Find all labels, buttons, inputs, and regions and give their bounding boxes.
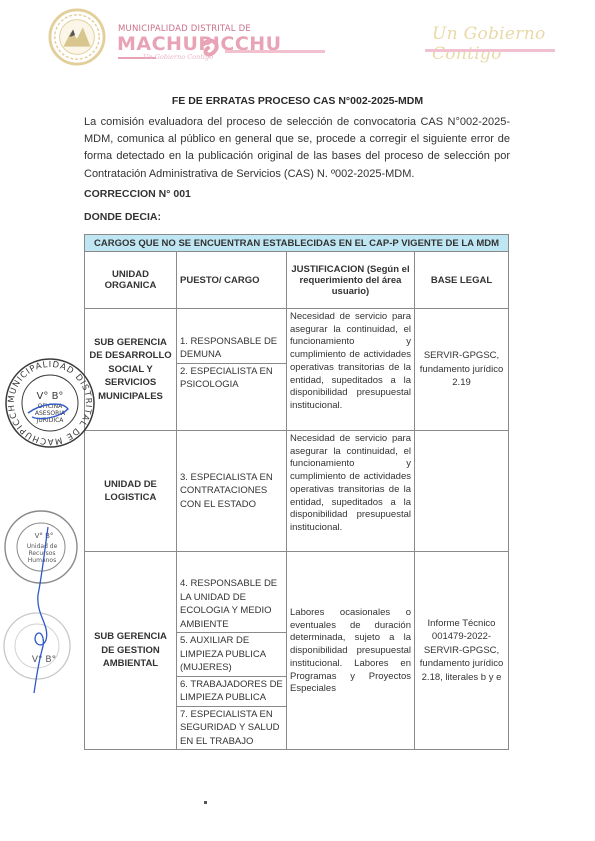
position-item: 6. TRABAJADORES DE LIMPIEZA PUBLICA bbox=[177, 676, 286, 706]
document-title: FE DE ERRATAS PROCESO CAS N°002-2025-MDM bbox=[0, 95, 595, 107]
page-mark bbox=[204, 801, 207, 804]
municipal-seal-icon bbox=[48, 8, 106, 66]
position-item: 4. RESPONSABLE DE LA UNIDAD DE ECOLOGIA … bbox=[177, 576, 286, 632]
header-unidad: UNIDAD ORGANICA bbox=[85, 252, 177, 309]
justification-cell: Necesidad de servicio para asegurar la c… bbox=[287, 309, 415, 431]
position-item: 3. ESPECIALISTA EN CONTRATACIONES CON EL… bbox=[177, 470, 286, 513]
unit-cell: UNIDAD DE LOGISTICA bbox=[85, 431, 177, 552]
positions-cell: 1. RESPONSABLE DE DEMUNA 2. ESPECIALISTA… bbox=[177, 309, 287, 431]
position-item: 2. ESPECIALISTA EN PSICOLOGIA bbox=[177, 363, 286, 406]
table-caption: CARGOS QUE NO SE ENCUENTRAN ESTABLECIDAS… bbox=[85, 235, 509, 252]
header-base-legal: BASE LEGAL bbox=[415, 252, 509, 309]
justification-cell: Necesidad de servicio para asegurar la c… bbox=[287, 431, 415, 552]
decorative-bar bbox=[225, 50, 325, 53]
header-justificacion: JUSTIFICACION (Según el requerimiento de… bbox=[287, 252, 415, 309]
position-item: 7. ESPECIALISTA EN SEGURIDAD Y SALUD EN … bbox=[177, 706, 286, 750]
intro-paragraph: La comisión evaluadora del proceso de se… bbox=[84, 114, 510, 183]
legal-cell: SERVIR-GPGSC, fundamento jurídico 2.19 bbox=[415, 309, 509, 431]
donde-decia-label: DONDE DECIA: bbox=[84, 211, 161, 223]
table-header-row: UNIDAD ORGANICA PUESTO/ CARGO JUSTIFICAC… bbox=[85, 252, 509, 309]
legal-cell: Informe Técnico 001479-2022-SERVIR-GPGSC… bbox=[415, 552, 509, 750]
positions-cell: 4. RESPONSABLE DE LA UNIDAD DE ECOLOGIA … bbox=[177, 552, 287, 750]
asesoria-juridica-stamp-icon: MUNICIPALIDAD DISTRITAL DE MACHUPICCHU V… bbox=[2, 355, 98, 451]
header-puesto: PUESTO/ CARGO bbox=[177, 252, 287, 309]
unit-cell: SUB GERENCIA DE DESARROLLO SOCIAL Y SERV… bbox=[85, 309, 177, 431]
unit-cell: SUB GERENCIA DE GESTION AMBIENTAL bbox=[85, 552, 177, 750]
positions-cell: 3. ESPECIALISTA EN CONTRATACIONES CON EL… bbox=[177, 431, 287, 552]
table-caption-row: CARGOS QUE NO SE ENCUENTRAN ESTABLECIDAS… bbox=[85, 235, 509, 252]
table-row: SUB GERENCIA DE GESTION AMBIENTAL 4. RES… bbox=[85, 552, 509, 750]
justification-cell: Labores ocasionales o eventuales de dura… bbox=[287, 552, 415, 750]
slogan: Un Gobierno Contigo bbox=[432, 24, 595, 64]
legal-cell bbox=[415, 431, 509, 552]
decorative-bar bbox=[425, 49, 555, 52]
swirl-logo-icon bbox=[200, 38, 222, 62]
position-item: 1. RESPONSABLE DE DEMUNA bbox=[177, 334, 286, 363]
positions-table: CARGOS QUE NO SE ENCUENTRAN ESTABLECIDAS… bbox=[84, 234, 509, 750]
correction-label: CORRECCION N° 001 bbox=[84, 188, 191, 200]
svg-text:V° B°: V° B° bbox=[37, 391, 64, 402]
signature-icon bbox=[28, 525, 58, 695]
letterhead: MUNICIPALIDAD DISTRITAL DE MACHUPICCHU U… bbox=[0, 0, 595, 80]
table-row: UNIDAD DE LOGISTICA 3. ESPECIALISTA EN C… bbox=[85, 431, 509, 552]
position-item: 5. AUXILIAR DE LIMPIEZA PUBLICA (MUJERES… bbox=[177, 632, 286, 676]
table-row: SUB GERENCIA DE DESARROLLO SOCIAL Y SERV… bbox=[85, 309, 509, 431]
